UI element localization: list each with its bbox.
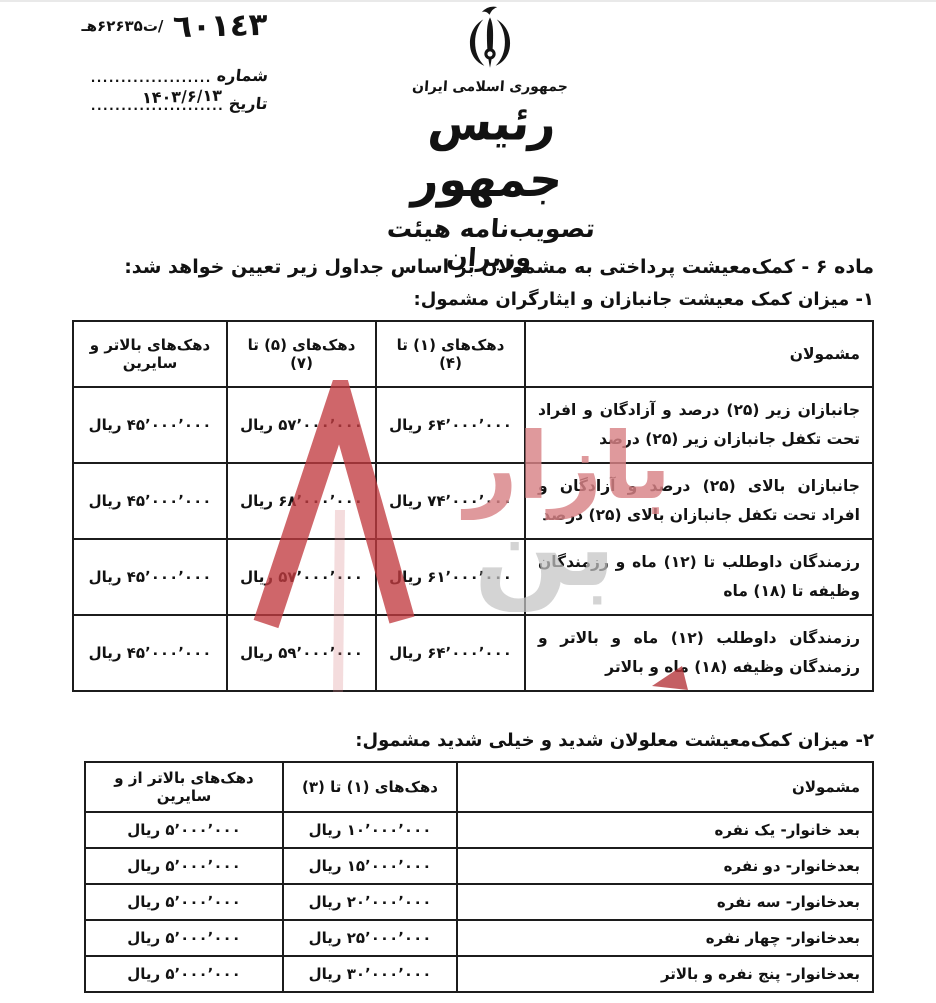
cell-group: بعدخانوار- دو نفره	[457, 848, 873, 884]
cell-amount: ۵٬۰۰۰٬۰۰۰ ریال	[85, 848, 283, 884]
table-header-row: مشمولان دهک‌های (۱) تا (۳) دهک‌های بالات…	[85, 762, 873, 812]
section-2-title: ۲- میزان کمک‌معیشت معلولان شدید و خیلی ش…	[102, 730, 874, 751]
cell-amount: ۶۱٬۰۰۰٬۰۰۰ ریال	[376, 539, 525, 615]
letterhead-center: جمهوری اسلامی ایران رئیس جمهور تصویب‌نام…	[348, 4, 632, 272]
cell-amount: ۶۴٬۰۰۰٬۰۰۰ ریال	[376, 387, 525, 463]
cell-amount: ۴۵٬۰۰۰٬۰۰۰ ریال	[73, 615, 227, 691]
cell-amount: ۴۵٬۰۰۰٬۰۰۰ ریال	[73, 387, 227, 463]
document-number-line: ٦٠١٤٣ /ت۶۲۶۳۵هـ	[18, 8, 268, 44]
cell-amount: ۴۵٬۰۰۰٬۰۰۰ ریال	[73, 539, 227, 615]
cell-amount: ۶۸٬۰۰۰٬۰۰۰ ریال	[227, 463, 376, 539]
cell-group: جانبازان بالای (۲۵) درصد و آزادگان و افر…	[525, 463, 873, 539]
handwritten-date: ۱۴۰۳/۶/۱۳	[142, 86, 223, 108]
header-covered-persons: مشمولان	[525, 321, 873, 387]
number-label: شماره	[216, 66, 269, 85]
document-body: ماده ۶ - کمک‌معیشت پرداختی به مشمولان بر…	[102, 256, 874, 993]
table-row: بعد خانوار- یک نفره ۱۰٬۰۰۰٬۰۰۰ ریال ۵٬۰۰…	[85, 812, 873, 848]
cell-amount: ۵٬۰۰۰٬۰۰۰ ریال	[85, 920, 283, 956]
cell-amount: ۲۰٬۰۰۰٬۰۰۰ ریال	[283, 884, 457, 920]
office-title-calligraphy: رئیس جمهور	[343, 94, 637, 207]
table-row: جانبازان زیر (۲۵) درصد و آزادگان و افراد…	[73, 387, 873, 463]
cell-group: جانبازان زیر (۲۵) درصد و آزادگان و افراد…	[525, 387, 873, 463]
cell-amount: ۲۵٬۰۰۰٬۰۰۰ ریال	[283, 920, 457, 956]
cell-group: رزمندگان داوطلب (۱۲) ماه و بالاتر و رزمن…	[525, 615, 873, 691]
cell-amount: ۵۷٬۰۰۰٬۰۰۰ ریال	[227, 387, 376, 463]
header-deciles-1-4: دهک‌های (۱) تا (۴)	[376, 321, 525, 387]
cell-group: رزمندگان داوطلب تا (۱۲) ماه و رزمندگان و…	[525, 539, 873, 615]
article-6-text: ماده ۶ - کمک‌معیشت پرداختی به مشمولان بر…	[102, 256, 874, 278]
veterans-assistance-table: مشمولان دهک‌های (۱) تا (۴) دهک‌های (۵) ت…	[72, 320, 874, 692]
cell-group: بعدخانوار- پنج نفره و بالاتر	[457, 956, 873, 992]
number-date-block: شماره ....................... تاریخ ....…	[90, 66, 268, 113]
table-row: بعدخانوار- دو نفره ۱۵٬۰۰۰٬۰۰۰ ریال ۵٬۰۰۰…	[85, 848, 873, 884]
handwritten-doc-number: ٦٠١٤٣	[173, 7, 269, 45]
date-label: تاریخ	[228, 94, 269, 113]
cell-amount: ۵۹٬۰۰۰٬۰۰۰ ریال	[227, 615, 376, 691]
iran-emblem-icon	[348, 4, 632, 76]
disabled-assistance-table: مشمولان دهک‌های (۱) تا (۳) دهک‌های بالات…	[84, 761, 874, 993]
cell-group: بعدخانوار- سه نفره	[457, 884, 873, 920]
number-dotted-leader: .......................	[90, 71, 212, 85]
header-higher-deciles: دهک‌های بالاتر و سایرین	[73, 321, 227, 387]
cell-group: بعدخانوار- چهار نفره	[457, 920, 873, 956]
table-row: بعدخانوار- سه نفره ۲۰٬۰۰۰٬۰۰۰ ریال ۵٬۰۰۰…	[85, 884, 873, 920]
cell-group: بعد خانوار- یک نفره	[457, 812, 873, 848]
cell-amount: ۵٬۰۰۰٬۰۰۰ ریال	[85, 956, 283, 992]
header-deciles-1-3: دهک‌های (۱) تا (۳)	[283, 762, 457, 812]
header-deciles-5-7: دهک‌های (۵) تا (۷)	[227, 321, 376, 387]
number-line: شماره .......................	[90, 66, 268, 85]
cell-amount: ۶۴٬۰۰۰٬۰۰۰ ریال	[376, 615, 525, 691]
country-name: جمهوری اسلامی ایران	[347, 79, 632, 95]
date-line: تاریخ ....................... ۱۴۰۳/۶/۱۳	[90, 94, 268, 113]
table-row: بعدخانوار- پنج نفره و بالاتر ۳۰٬۰۰۰٬۰۰۰ …	[85, 956, 873, 992]
table-row: جانبازان بالای (۲۵) درصد و آزادگان و افر…	[73, 463, 873, 539]
cell-amount: ۷۴٬۰۰۰٬۰۰۰ ریال	[376, 463, 525, 539]
table-header-row: مشمولان دهک‌های (۱) تا (۴) دهک‌های (۵) ت…	[73, 321, 873, 387]
cell-amount: ۵٬۰۰۰٬۰۰۰ ریال	[85, 884, 283, 920]
letterhead-left: ٦٠١٤٣ /ت۶۲۶۳۵هـ شماره ..................…	[18, 8, 268, 113]
table-row: بعدخانوار- چهار نفره ۲۵٬۰۰۰٬۰۰۰ ریال ۵٬۰…	[85, 920, 873, 956]
cell-amount: ۵۷٬۰۰۰٬۰۰۰ ریال	[227, 539, 376, 615]
table-row: رزمندگان داوطلب تا (۱۲) ماه و رزمندگان و…	[73, 539, 873, 615]
header-higher-deciles: دهک‌های بالاتر از و سایرین	[85, 762, 283, 812]
cell-amount: ۱۰٬۰۰۰٬۰۰۰ ریال	[283, 812, 457, 848]
cell-amount: ۴۵٬۰۰۰٬۰۰۰ ریال	[73, 463, 227, 539]
cell-amount: ۳۰٬۰۰۰٬۰۰۰ ریال	[283, 956, 457, 992]
table-row: رزمندگان داوطلب (۱۲) ماه و بالاتر و رزمن…	[73, 615, 873, 691]
section-1-title: ۱- میزان کمک معیشت جانبازان و ایثارگران …	[102, 289, 874, 310]
header-covered-persons: مشمولان	[457, 762, 873, 812]
doc-file-number: /ت۶۲۶۳۵هـ	[82, 17, 164, 35]
cell-amount: ۵٬۰۰۰٬۰۰۰ ریال	[85, 812, 283, 848]
cell-amount: ۱۵٬۰۰۰٬۰۰۰ ریال	[283, 848, 457, 884]
scan-edge-line	[0, 0, 936, 2]
